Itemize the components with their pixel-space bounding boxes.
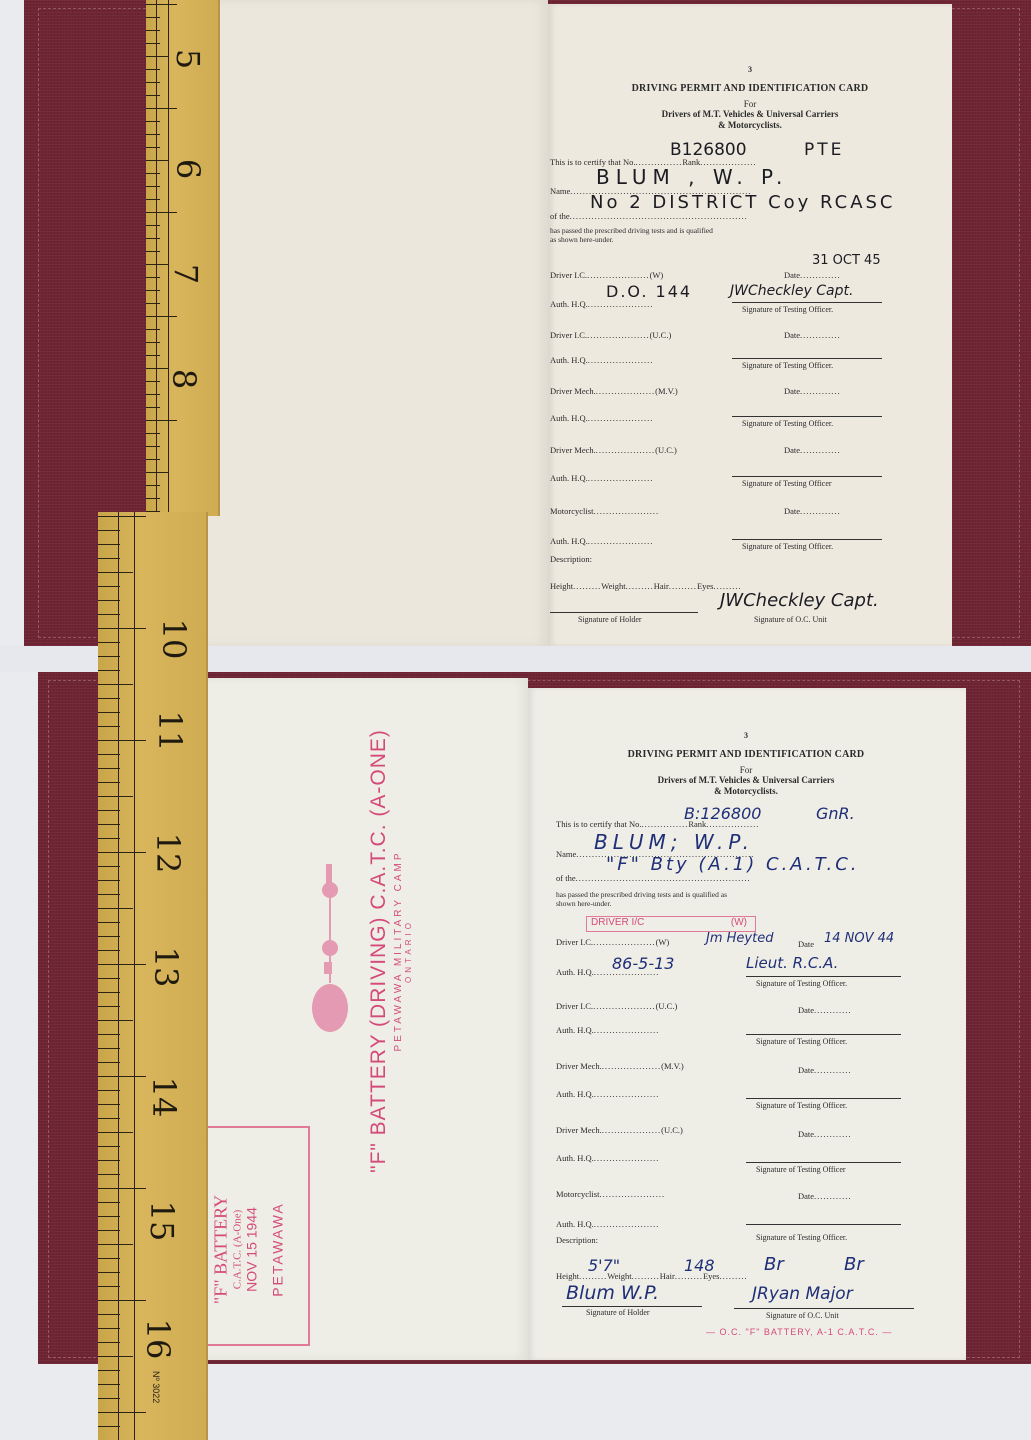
description-label: Description: [550,555,592,564]
auth-hq-value: D.O. 144 [606,284,692,300]
unit-row: of the..................................… [550,212,748,221]
row-auth-hq-2: Auth. H.Q...................... [550,356,653,365]
top-permit-form: 3 DRIVING PERMIT AND IDENTIFICATION CARD… [550,4,950,644]
officer-rank: Lieut. R.C.A. [746,956,838,971]
date-value: 14 NOV 44 [824,932,894,945]
unit-value: No 2 DISTRICT Coy RCASC [590,194,896,212]
oc-signature: JWCheckley Capt. [720,592,879,610]
row-motorcyclist: Motorcyclist..................... [550,507,659,516]
number-value: B126800 [670,142,747,159]
top-left-page [205,0,548,646]
bottom-permit-form: 3 DRIVING PERMIT AND IDENTIFICATION CARD… [556,688,936,1358]
bottom-right-page: 3 DRIVING PERMIT AND IDENTIFICATION CARD… [528,688,966,1360]
hair-value: Br [764,1256,784,1274]
rank-value: GnR. [816,806,855,822]
row-auth-hq-4: Auth. H.Q...................... [550,474,653,483]
date-value: 31 OCT 45 [812,254,881,267]
truck-gun-icon [304,858,354,1038]
ruler-imprint: Nº 3022 [151,1371,161,1431]
row-driver-ic-uc: Driver I.C.....................(U.C.) [550,331,671,340]
oc-battery-stamp: — O.C. "F" BATTERY, A-1 C.A.T.C. — [706,1328,892,1337]
row-auth-hq-3: Auth. H.Q...................... [550,414,653,423]
page-number: 3 [550,66,950,74]
permit-title: DRIVING PERMIT AND IDENTIFICATION CARD [550,84,950,94]
name-value: BLUM; W.P. [594,832,754,852]
physical-row: Height.........Weight.........Hair......… [550,582,742,591]
passed-text: has passed the prescribed driving tests … [550,226,720,245]
row-auth-hq-1: Auth. H.Q...................... [550,300,653,309]
holder-signature: Blum W.P. [566,1284,659,1303]
date-driver-ic-w: Date............. [784,271,841,280]
ruler-top-segment: 5 6 7 8 [146,0,220,516]
number-value: B:126800 [684,806,761,822]
unit-row: of the..................................… [556,874,751,883]
oc-signature: JRyan Major [752,1286,853,1303]
row-auth-hq-5: Auth. H.Q...................... [550,537,653,546]
height-value: 5'7" [588,1258,620,1274]
ruler-bottom-segment: 10 11 12 13 14 15 16 Nº 3022 [98,512,208,1440]
weight-value: 148 [684,1258,715,1274]
physical-row: Height.........Weight.........Hair......… [556,1272,748,1281]
auth-hq-value: 86-5-13 [612,956,674,972]
top-right-page: 3 DRIVING PERMIT AND IDENTIFICATION CARD… [548,4,952,646]
row-driver-ic-w: Driver I.C.....................(W) [550,271,663,280]
unit-value: "F" Bty (A.1) C.A.T.C. [606,856,860,874]
permit-subtitle: For Drivers of M.T. Vehicles & Universal… [550,99,950,130]
testing-officer-signature: JWCheckley Capt. [730,284,853,298]
eyes-value: Br [844,1256,864,1274]
rank-value: PTE [804,142,844,159]
row-driver-mech-uc: Driver Mech....................(U.C.) [550,446,677,455]
name-value: BLUM , W. P. [596,167,788,187]
battery-stamp: "F" BATTERY (DRIVING) C.A.T.C. (A-ONE) P… [340,718,440,1178]
row-driver-mech-mv: Driver Mech....................(M.V.) [550,387,678,396]
testing-officer-signature: Jm Heyted [706,932,773,945]
driver-ic-red-stamp: DRIVER I/C (W) [586,916,756,932]
